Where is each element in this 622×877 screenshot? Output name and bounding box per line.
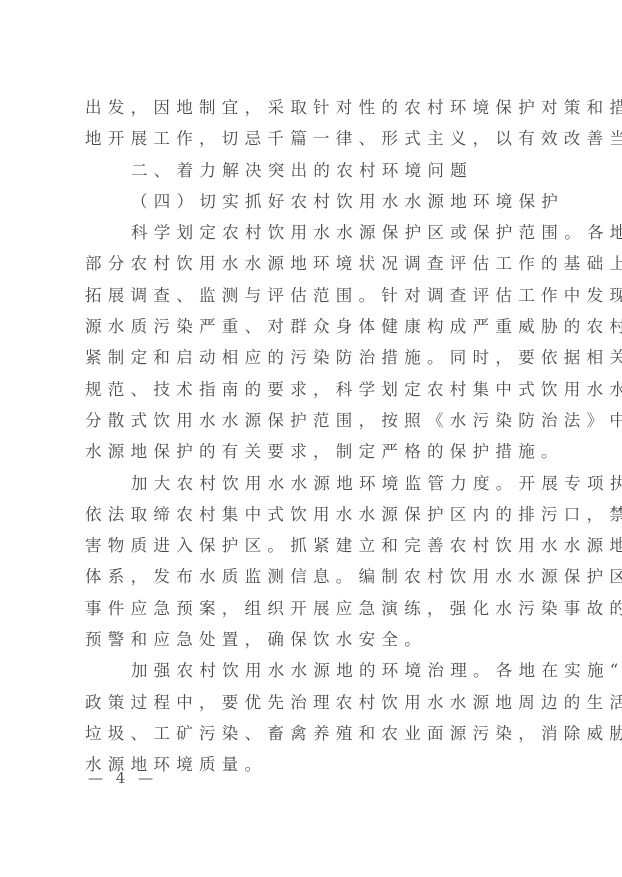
text-line: 水源地保护的有关要求，制定严格的保护措施。 — [85, 436, 551, 467]
document-page: 出发，因地制宜，采取针对性的农村环境保护对策和措施，创造性 地开展工作，切忌千篇… — [0, 0, 622, 877]
text-line: 出发，因地制宜，采取针对性的农村环境保护对策和措施，创造性 — [85, 92, 551, 123]
text-line: 源水质污染严重、对群众身体健康构成严重威胁的农村地区，要抓 — [85, 311, 551, 342]
text-line: 规范、技术指南的要求，科学划定农村集中式饮用水水源保护区和 — [85, 374, 551, 405]
text-line: 事件应急预案，组织开展应急演练，强化水污染事故的预防、预测 — [85, 593, 551, 624]
text-line: 体系，发布水质监测信息。编制农村饮用水水源保护区突发环境 — [85, 561, 551, 592]
page-body: 出发，因地制宜，采取针对性的农村环境保护对策和措施，创造性 地开展工作，切忌千篇… — [85, 92, 551, 781]
text-line: 分散式饮用水水源保护范围，按照《水污染防治法》中关于饮用水 — [85, 405, 551, 436]
text-line: 政策过程中，要优先治理农村饮用水水源地周边的生活污水、生活 — [85, 687, 551, 718]
section-heading: 二、着力解决突出的农村环境问题 — [85, 155, 551, 186]
text-line: 地开展工作，切忌千篇一律、形式主义，以有效改善当地环境质量。 — [85, 123, 551, 154]
paragraph-start: 科学划定农村饮用水水源保护区或保护范围。各地要在开展 — [85, 217, 551, 248]
text-line: 垃圾、工矿污染、畜禽养殖和农业面源污染，消除威胁和隐患，改善 — [85, 718, 551, 749]
text-line: 紧制定和启动相应的污染防治措施。同时，要依据相关标准、技术 — [85, 342, 551, 373]
page-number: — 4 — — [88, 769, 157, 787]
text-line: 害物质进入保护区。抓紧建立和完善农村饮用水水源地环境监测 — [85, 530, 551, 561]
paragraph-start: 加大农村饮用水水源地环境监管力度。开展专项执法检查， — [85, 468, 551, 499]
text-line: 拓展调查、监测与评估范围。针对调查评估工作中发现的饮用水 — [85, 280, 551, 311]
paragraph-start: 加强农村饮用水水源地的环境治理。各地在实施“以奖促治” — [85, 655, 551, 686]
text-line: 预警和应急处置，确保饮水安全。 — [85, 624, 551, 655]
subsection-heading: （四）切实抓好农村饮用水水源地环境保护 — [85, 186, 551, 217]
text-line: 依法取缔农村集中式饮用水水源保护区内的排污口，禁止有毒有 — [85, 499, 551, 530]
text-line: 部分农村饮用水水源地环境状况调查评估工作的基础上，进一步 — [85, 248, 551, 279]
